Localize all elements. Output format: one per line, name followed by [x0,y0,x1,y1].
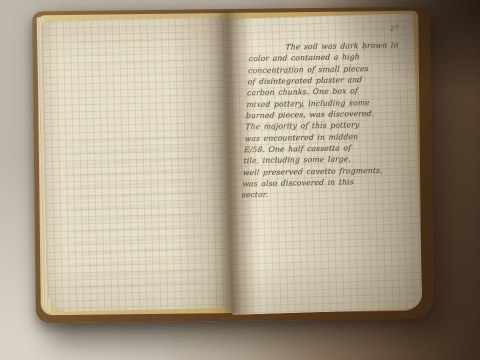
right-page: 27 The soil was dark brown in color and … [222,13,422,315]
photo-open-notebook: 27 The soil was dark brown in color and … [0,0,480,360]
bleedthrough-ghost-text [54,135,219,295]
bleedthrough-ghost-text [60,25,211,76]
left-page [42,17,230,312]
handwriting-line: sector. [241,187,408,201]
handwritten-journal-entry: The soil was dark brown in color and con… [241,39,415,201]
page-number: 27 [390,25,399,33]
